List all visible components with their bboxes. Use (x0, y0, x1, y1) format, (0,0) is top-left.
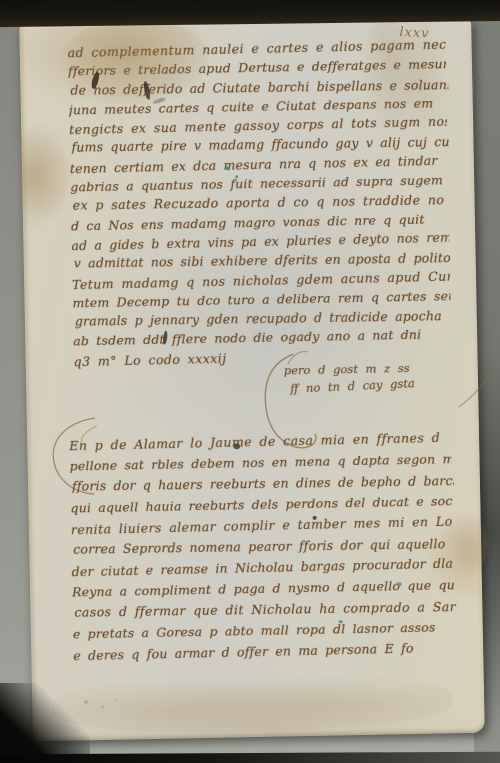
paragraph-1: ad complementum naulei e cartes e alios … (68, 35, 452, 370)
manuscript-page: lxxv ad complementum naulei e cartes e a… (19, 17, 485, 742)
photo-backdrop-corner (0, 683, 90, 763)
paragraph-2: En p de Alamar lo Jaume de casa mia en f… (69, 427, 455, 665)
stain (13, 120, 75, 221)
photo-backdrop-bottom (0, 752, 500, 763)
notary-signature: pero d gost m z ss ff no tn d cay gsta (284, 360, 410, 396)
manuscript-photograph: lxxv ad complementum naulei e cartes e a… (0, 0, 500, 763)
